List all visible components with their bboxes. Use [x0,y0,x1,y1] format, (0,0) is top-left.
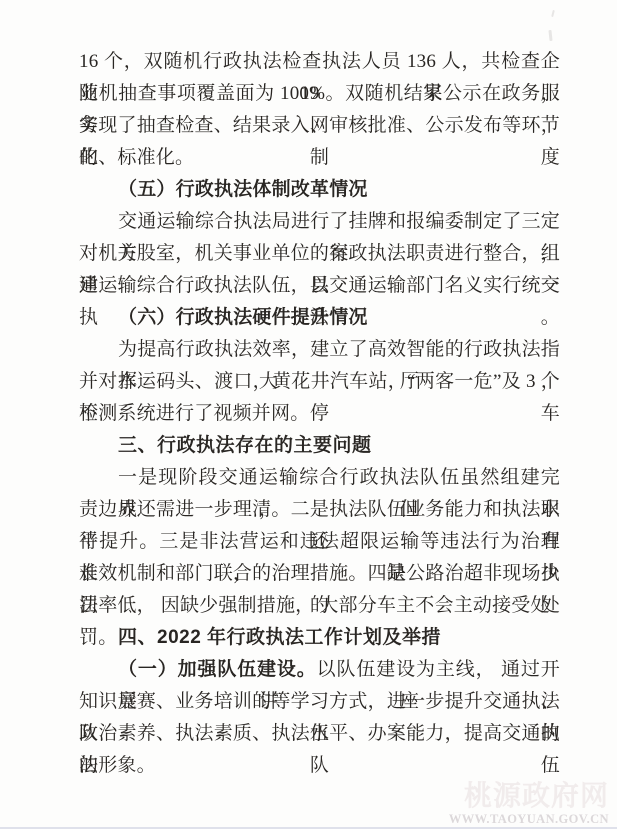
watermark-site-url: WWW.TAOYUAN.GOV.CN [449,812,609,826]
body-line: 一是现阶段交通运输综合行政执法队伍虽然组建完成，但职 [79,462,560,494]
paragraph-lead: （一）加强队伍建设。 [118,659,317,680]
watermark-site-name: 桃源政府网 [449,782,609,812]
body-line: 16 个，双随机行政执法检查执法人员 136 人，共检查企业 19 家， [79,46,560,78]
body-line: 随机抽查事项覆盖面为 100%。双随机结果公示在政务服务网， [79,78,560,110]
chapter-heading-4: 四、2022 年行政执法工作计划及举措 [79,622,560,654]
scan-artifact [548,30,552,41]
body-line: 并对水运码头、渡口，黄花井汽车站，“两客一危”及 3 个不停车 [79,366,560,398]
section-heading-5: （五）行政执法体制改革情况 [79,174,560,206]
body-line: 对机关股室，机关事业单位的行政执法职责进行整合，组建县交 [79,238,560,270]
body-line: 知识竞赛、业务培训的等学习方式，进一步提升交通执法队伍的 [79,686,560,718]
scan-artifact [551,10,555,17]
body-line: 罚率低， 因缺少强制措施， 大部分车主不会主动接受处罚。 [79,590,560,622]
body-line: 交通运输综合执法局进行了挂牌和报编委制定了三定方案， [79,206,560,238]
body-line: 责边界还需进一步理清。二是执法队伍业务能力和执法水平还有 [79,494,560,526]
body-line: 政治素养、执法素质、执法水平、办案能力，提高交通执法队伍 [79,718,560,750]
site-watermark: 桃源政府网 WWW.TAOYUAN.GOV.CN [449,782,609,826]
body-line: 待提升。三是非法营运和违法超限运输等违法行为治理难，缺少 [79,526,560,558]
body-line: （一）加强队伍建设。以队伍建设为主线， 通过开展讲座、 [79,654,560,686]
document-page: 16 个，双随机行政执法检查执法人员 136 人，共检查企业 19 家， 随机抽… [79,46,560,782]
body-line: 为提高行政执法效率，建立了高效智能的行政执法指挥大厅， [79,334,560,366]
body-line: 实现了抽查检查、结果录入、审核批准、公示发布等环节的制度 [79,110,560,142]
body-line: 通运输综合行政执法队伍，以交通运输部门名义实行统一执法。 [79,270,560,302]
body-line: 长效机制和部门联合的治理措施。四是公路治超非现场执法的处 [79,558,560,590]
chapter-heading-3: 三、行政执法存在的主要问题 [79,430,560,462]
